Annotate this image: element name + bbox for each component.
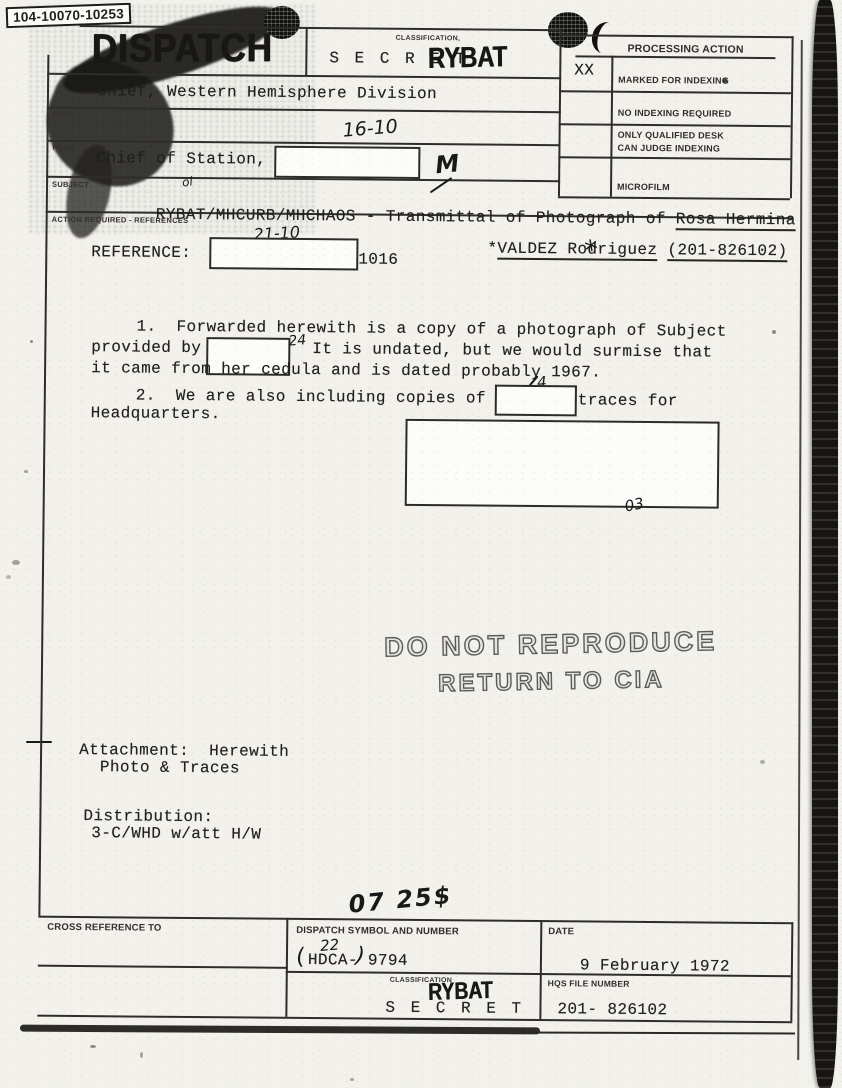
form-line (559, 90, 791, 94)
form-line (539, 920, 542, 1019)
hqs-file-value: 201- 826102 (557, 1000, 667, 1019)
subject-name2-underlined: VALDEZ Rodriguez (497, 240, 657, 261)
from-label: FROM (52, 143, 75, 152)
processing-row2: NO INDEXING REQUIRED (618, 108, 732, 119)
processing-row3b: CAN JUDGE INDEXING (617, 143, 720, 154)
handwritten-from-mark: M (434, 149, 460, 179)
reference-value: 1016 (358, 250, 398, 268)
form-line (790, 36, 794, 198)
cross-reference-label: CROSS REFERENCE TO (47, 922, 161, 934)
redaction-box-reference (209, 237, 358, 270)
para1-line2a: provided by (91, 338, 201, 357)
form-line (560, 34, 794, 38)
form-line (38, 965, 288, 969)
form-line (790, 922, 793, 1021)
do-not-reproduce-stamp: DO NOT REPRODUCE RETURN TO CIA (380, 622, 721, 705)
form-line (559, 123, 791, 127)
processing-row3a: ONLY QUALIFIED DESK (618, 130, 724, 141)
form-line (305, 27, 308, 75)
scanned-dispatch-page: 104-10070-10253 DISPATCH CLASSIFICATION,… (0, 0, 842, 1088)
form-line (47, 107, 561, 113)
para1-line3: it came from her cedula and is dated pro… (91, 359, 601, 381)
subject-star: * (487, 240, 497, 258)
para2-line2: Headquarters. (91, 404, 221, 423)
stamp-line1: DO NOT REPRODUCE (380, 622, 721, 667)
stamp-line2: RETURN TO CIA (381, 660, 722, 705)
para1-line2b: It is undated, but we would surmise that (312, 340, 712, 361)
processing-action-title: PROCESSING ACTION (627, 43, 743, 56)
para2-line1b: traces for (578, 391, 678, 410)
subject-label: SUBJECT (52, 180, 89, 189)
footer-classification-value: S E C R E T (385, 999, 524, 1018)
redaction-box-large (405, 419, 720, 509)
processing-row1: MARKED FOR INDEXING (618, 75, 729, 86)
subject-file-underlined: (201-826102) (667, 241, 787, 262)
action-required-label: ACTION REQUIRED - REFERENCES (52, 215, 189, 225)
rybat-stamp: RYBAT (428, 40, 508, 75)
handwritten-box-note: 03 (623, 494, 645, 515)
form-title: DISPATCH (92, 27, 273, 73)
reference-label: REFERENCE: (91, 243, 191, 262)
processing-row4: MICROFILM (617, 182, 670, 192)
ink-dot (723, 79, 727, 83)
to-value: Chief, Western Hemisphere Division (97, 82, 437, 103)
from-value: Chief of Station, (96, 149, 266, 168)
form-line (285, 918, 288, 1017)
info-label: INFO. (53, 110, 75, 119)
date-value: 9 February 1972 (580, 956, 730, 975)
distribution-line2: 3-C/WHD w/att H/W (91, 824, 261, 843)
form-line (558, 156, 790, 160)
date-label: DATE (548, 926, 574, 937)
form-line (575, 55, 775, 58)
subject-line2: *VALDEZ Rodriguez(201-826102) (427, 221, 788, 278)
handwritten-paren-open: ( (294, 945, 306, 971)
dispatch-symbol-label: DISPATCH SYMBOL AND NUMBER (296, 925, 459, 937)
handwritten-routing-note: 07 25$ (347, 881, 453, 919)
handwritten-para1-note: 24 (288, 332, 307, 349)
form-line (38, 55, 49, 916)
form-line (610, 56, 613, 197)
processing-mark: XX (574, 61, 594, 79)
attachment-line2: Photo & Traces (100, 758, 240, 777)
redaction-box-from (274, 146, 420, 179)
hqs-file-label: HQS FILE NUMBER (548, 978, 630, 989)
form-line (558, 29, 562, 196)
handwritten-info-note: 16-10 (342, 115, 399, 141)
redaction-box-para2 (495, 385, 577, 417)
